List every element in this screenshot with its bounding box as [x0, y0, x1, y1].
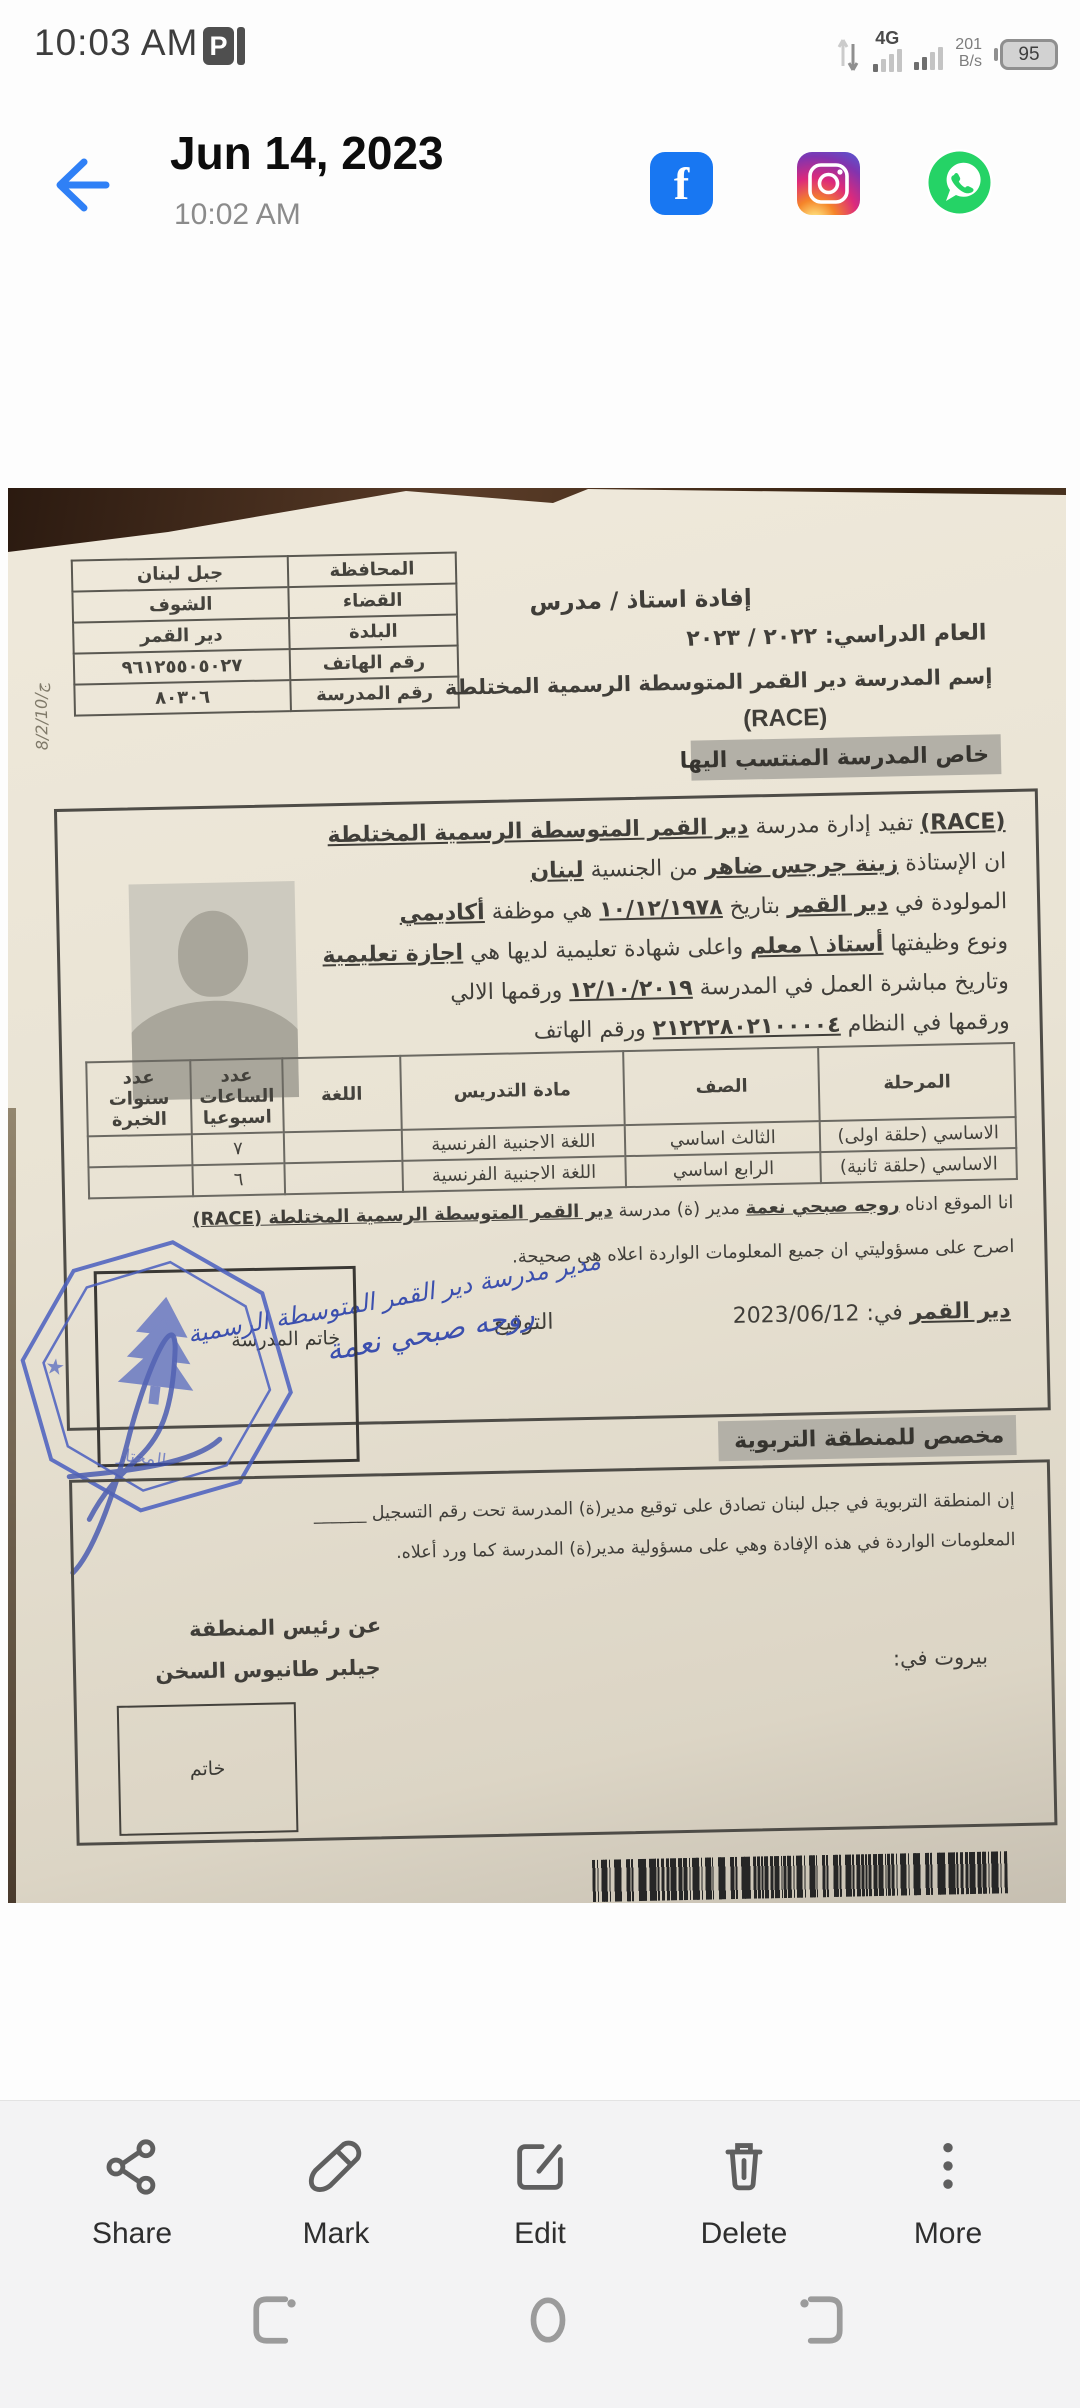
teaching-table: المرحلةالصفمادة التدريساللغةعدد الساعات … — [85, 1042, 1018, 1199]
signal-sim1: 4G — [873, 30, 902, 72]
delete-trash-icon — [714, 2137, 774, 2197]
status-time: 10:03 AM — [34, 22, 198, 64]
status-right-cluster: 4G 201 B/s 95 — [835, 14, 1058, 72]
share-icon — [102, 2137, 162, 2197]
status-bar: 10:03 AM P 4G — [0, 0, 1080, 86]
margin-handwritten-number: 8/2/10/ج — [29, 590, 51, 750]
data-arrows-icon — [835, 32, 861, 72]
battery-level: 95 — [1000, 39, 1058, 70]
navigation-bar — [0, 2292, 1080, 2362]
beirut-date-label: بيروت في: — [868, 1645, 988, 1672]
share-button[interactable]: Share — [57, 2137, 207, 2408]
photo-time-subtitle: 10:02 AM — [174, 198, 301, 232]
nav-back-button[interactable] — [791, 2292, 847, 2348]
edit-icon — [510, 2137, 570, 2197]
network-speed: 201 B/s — [955, 36, 982, 72]
facebook-share-icon[interactable]: f — [650, 152, 713, 215]
mark-button[interactable]: Mark — [261, 2137, 411, 2408]
header: Jun 14, 2023 10:02 AM f — [0, 86, 1080, 276]
signal-bars-1-icon — [873, 46, 902, 72]
region-stamp-box: خاتم — [117, 1702, 299, 1836]
region-chief-label: عن رئيس المنطقة — [185, 1613, 385, 1641]
powerpoint-notification-icon: P — [203, 27, 245, 65]
screen: 10:03 AM P 4G — [0, 0, 1080, 2408]
document-content: 8/2/10/ج المحافظةجبل لبنانالقضاءالشوفالب… — [8, 488, 1066, 1903]
nav-home-button[interactable] — [520, 2292, 576, 2348]
back-button[interactable] — [44, 150, 114, 220]
signal-bars-2-icon — [914, 46, 943, 72]
doc-school-name: إسم المدرسة دير القمر المتوسطة الرسمية ا… — [502, 664, 992, 698]
edit-button[interactable]: Edit — [465, 2137, 615, 2408]
doc-academic-year: العام الدراسي: ٢٠٢٢ / ٢٠٢٣ — [526, 620, 986, 655]
info-row: رقم المدرسة٨٠٣٠٦ — [74, 677, 459, 716]
section-school-header: خاص المدرسة المنتسب اليها — [691, 734, 1002, 780]
certificate-paragraph: (RACE) تفيد إدارة مدرسة دير القمر المتوس… — [313, 802, 1010, 1056]
doc-school-acronym: (RACE) — [735, 704, 836, 734]
photo-viewer[interactable]: 8/2/10/ج المحافظةجبل لبنانالقضاءالشوفالب… — [8, 488, 1066, 1903]
barcode — [592, 1851, 1008, 1902]
svg-text:★: ★ — [44, 1354, 67, 1381]
whatsapp-share-icon[interactable] — [926, 149, 993, 216]
more-button[interactable]: More — [873, 2137, 1023, 2408]
more-dots-icon — [918, 2137, 978, 2197]
mark-pen-icon — [306, 2137, 366, 2197]
photo-date-title: Jun 14, 2023 — [170, 126, 444, 180]
section-region-header: مخصص للمنطقة التربوية — [718, 1415, 1017, 1461]
delete-button[interactable]: Delete — [669, 2137, 819, 2408]
instagram-share-icon[interactable] — [797, 152, 860, 215]
nav-recents-button[interactable] — [249, 2292, 305, 2348]
battery-icon: 95 — [994, 39, 1058, 72]
school-info-rows: المحافظةجبل لبنانالقضاءالشوفالبلدةدير ال… — [72, 553, 459, 716]
region-certification-text: إن المنطقة التربوية في جبل لبنان تصادق ع… — [369, 1480, 1016, 1573]
doc-title: إفادة استاذ / مدرس — [535, 585, 751, 616]
school-info-table: المحافظةجبل لبنانالقضاءالشوفالبلدةدير ال… — [71, 552, 460, 717]
